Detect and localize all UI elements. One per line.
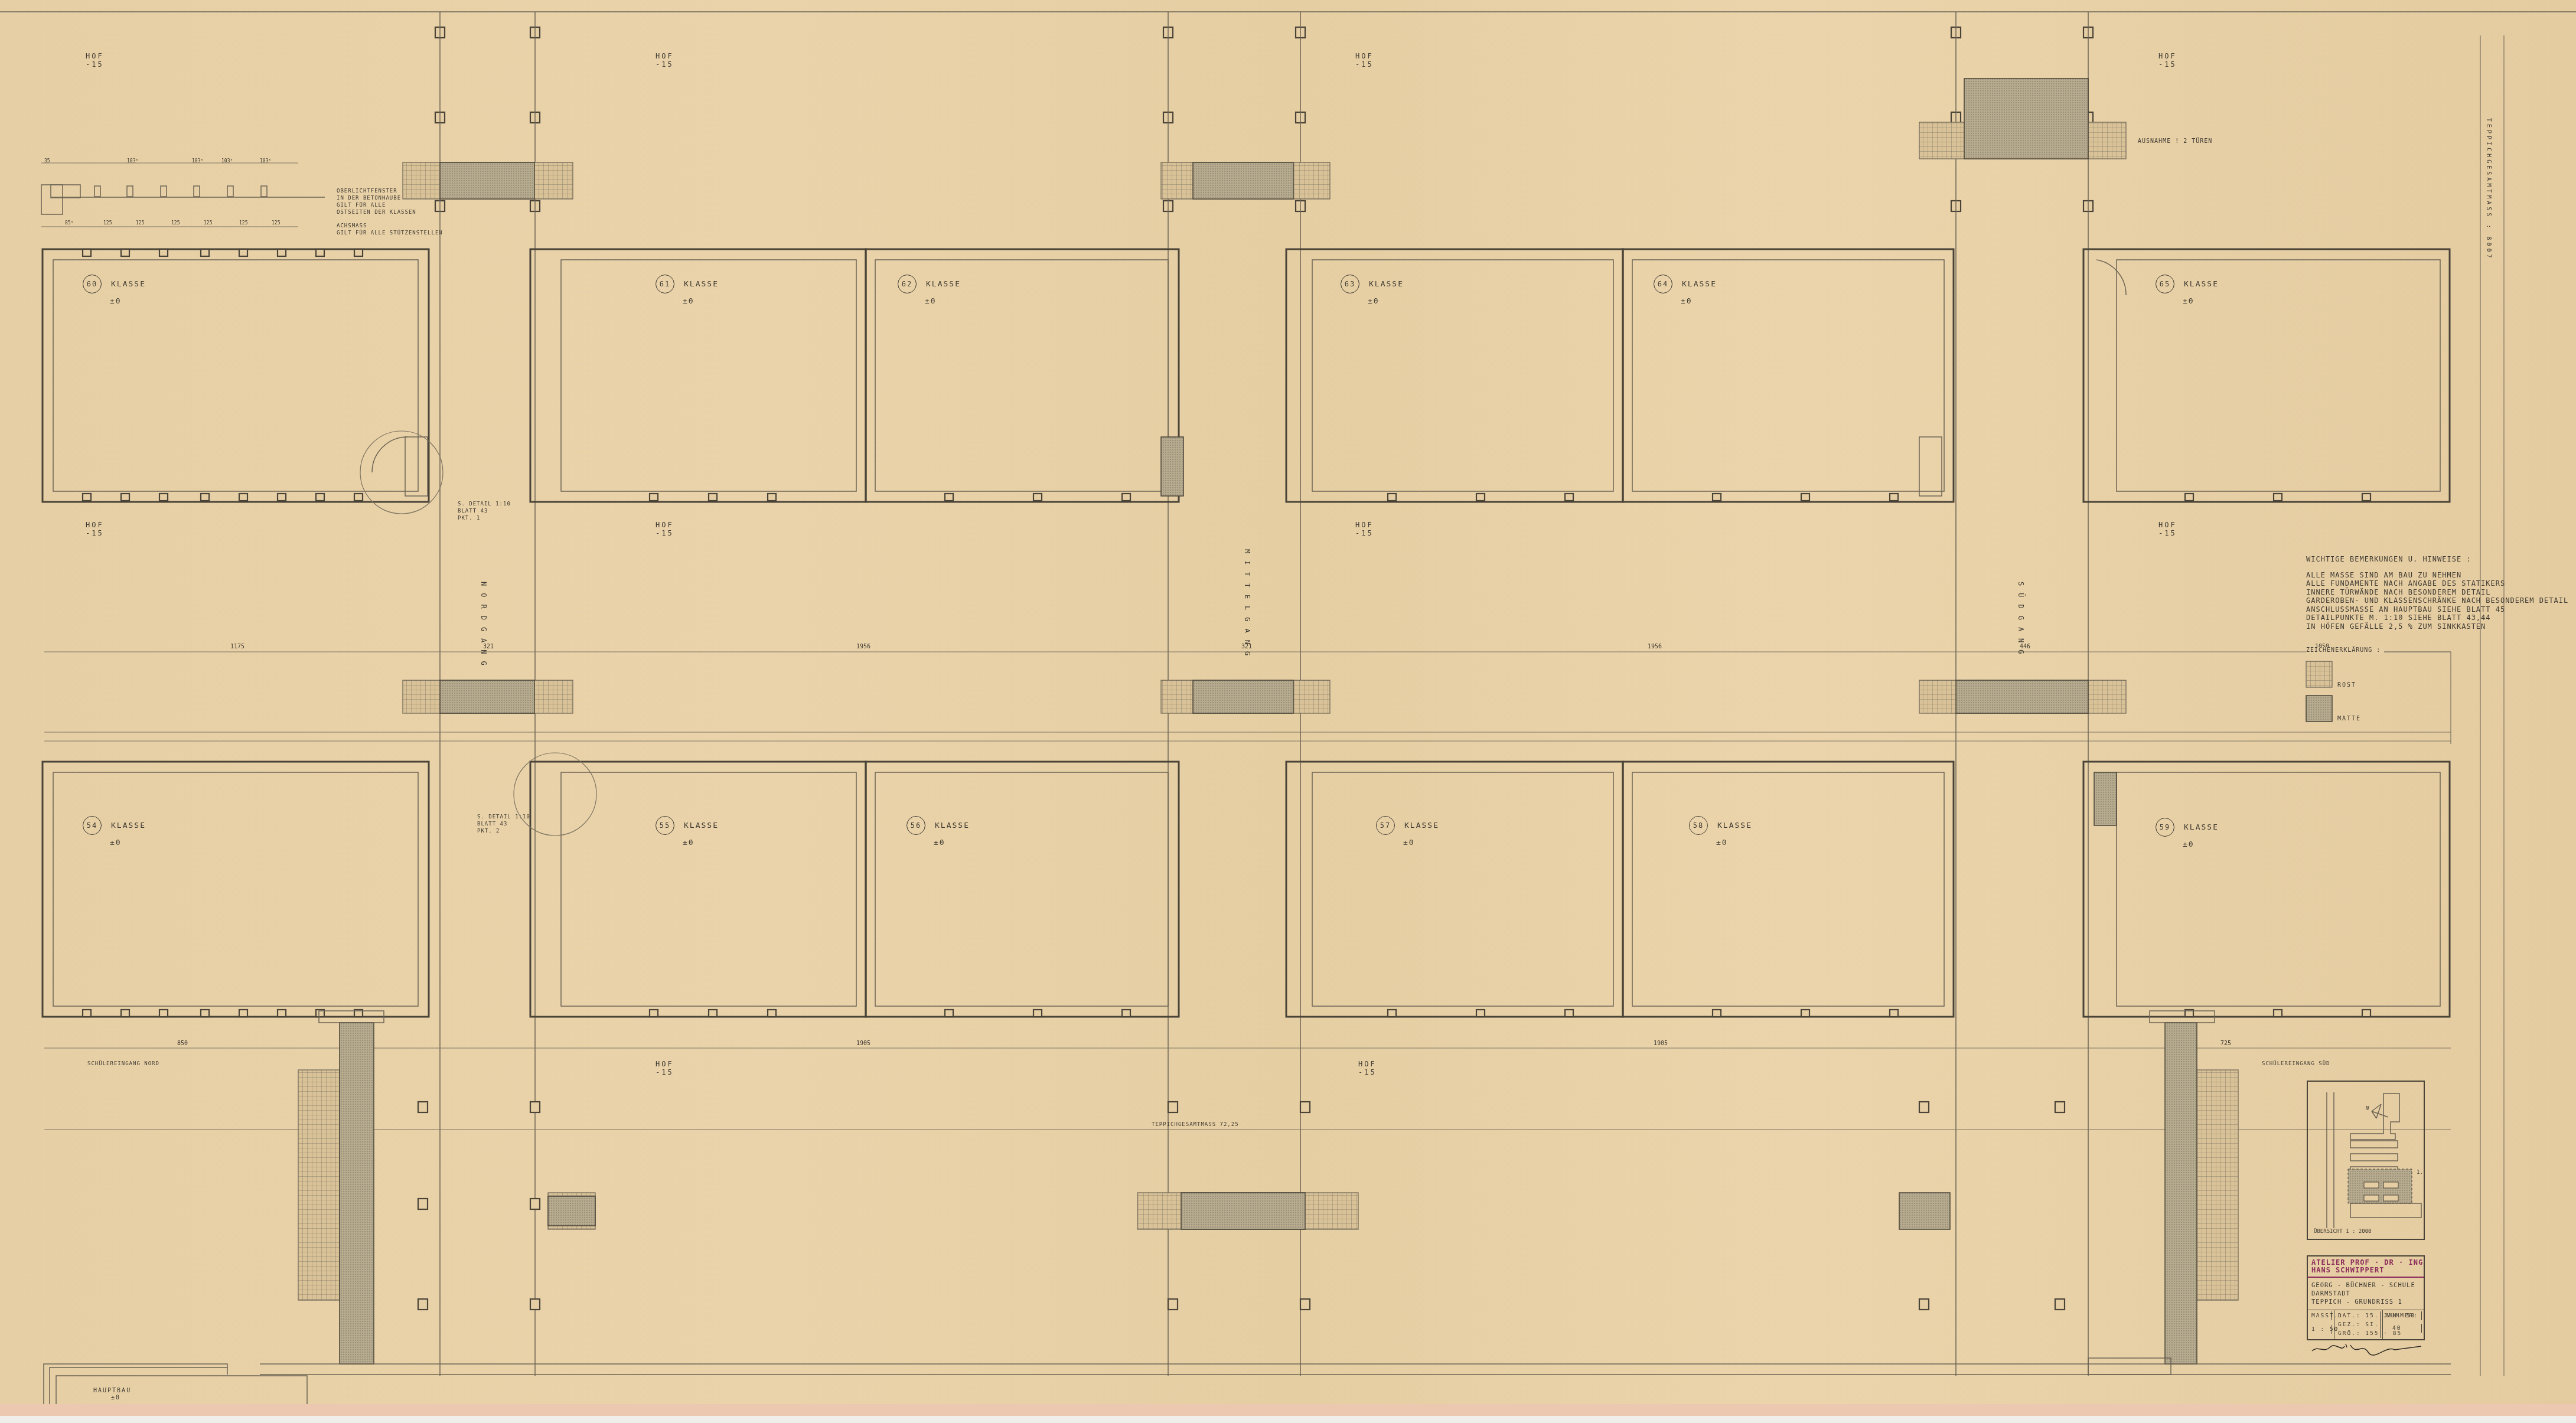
room-57: 57KLASSE±0 — [1376, 816, 1439, 847]
svg-text:103⁵: 103⁵ — [221, 158, 233, 164]
svg-text:125: 125 — [272, 220, 281, 226]
room-61: 61KLASSE±0 — [656, 275, 719, 306]
corridor-nordgang-label: NORDGANG — [480, 582, 488, 673]
main-building-label: HAUPTBAU±0 — [93, 1388, 131, 1402]
svg-text:850: 850 — [177, 1040, 188, 1047]
svg-text:125: 125 — [171, 220, 180, 226]
mat-bottom-nordgang-inner — [548, 1196, 595, 1226]
entrance-north-stairs — [298, 1011, 384, 1364]
entrance-north-label: SCHÜLEREINGANG NORD — [87, 1061, 159, 1067]
legend-rost-label: ROST — [2337, 682, 2356, 688]
courtyard-label: HOF-15 — [656, 1060, 674, 1076]
mat-middle-mittelgang — [1161, 680, 1330, 713]
carpet-total-horizontal: TEPPICHGESAMTMASS 72,25 — [1152, 1122, 1239, 1128]
corridor-mittelgang-label: MITTELGANG — [1243, 549, 1251, 662]
legend-heading: ZEICHENERKLÄRUNG : — [2306, 647, 2384, 654]
svg-text:103⁵: 103⁵ — [260, 158, 271, 164]
svg-text:725: 725 — [2220, 1040, 2231, 1047]
svg-text:1905: 1905 — [856, 1040, 870, 1047]
svg-text:125: 125 — [239, 220, 248, 226]
bottom-dimension-line: 850 1905 1905 725 — [44, 1040, 2451, 1130]
room-59: 59KLASSE±0 — [2156, 818, 2219, 849]
legend-rost-swatch — [2306, 661, 2332, 687]
courtyard-label: HOF-15 — [1355, 521, 1374, 537]
svg-text:35: 35 — [44, 158, 50, 164]
svg-text:103⁵: 103⁵ — [127, 158, 138, 164]
detail-reference-1: S. DETAIL 1:10BLATT 43PKT. 1 — [458, 501, 511, 522]
mat-top-nordgang — [403, 162, 573, 199]
courtyard-label: HOF-15 — [86, 521, 104, 537]
dimension-strip — [44, 732, 2451, 741]
legend-matte-label: MATTE — [2337, 716, 2361, 722]
project-info: GEORG - BÜCHNER - SCHULE DARMSTADT TEPPI… — [2308, 1278, 2424, 1310]
notes-block: WICHTIGE BEMERKUNGEN U. HINWEISE : ALLE … — [2306, 555, 2568, 631]
mat-bottom-mittelgang-inner — [1181, 1193, 1305, 1229]
svg-text:1956: 1956 — [856, 644, 870, 650]
room-63: 63KLASSE±0 — [1341, 275, 1404, 306]
courtyard-label: HOF-15 — [1355, 52, 1374, 68]
svg-text:1905: 1905 — [1654, 1040, 1668, 1047]
corridor-suedgang-label: SÜDGANG — [2017, 582, 2025, 661]
mat-top-suedgang — [1919, 79, 2126, 159]
svg-text:125: 125 — [136, 220, 145, 226]
courtyard-label: HOF-15 — [656, 521, 674, 537]
exception-note: AUSNAHME ! 2 TÜREN — [2138, 138, 2212, 145]
axis-note: ACHSMASSGILT FÜR ALLE STÜTZENSTELLEN — [337, 223, 443, 237]
svg-text:1956: 1956 — [1648, 644, 1662, 650]
courtyard-label: HOF-15 — [86, 52, 104, 68]
entrance-south-label: SCHÜLEREINGANG SÜD — [2262, 1061, 2330, 1067]
carpet-total-vertical: TEPPICHGESAMTMASS : 8007 — [2485, 118, 2492, 260]
mat-middle-nordgang — [403, 680, 573, 713]
svg-text:103⁵: 103⁵ — [192, 158, 203, 164]
room-54: 54KLASSE±0 — [83, 816, 146, 847]
room-56: 56KLASSE±0 — [907, 816, 970, 847]
courtyard-label: HOF-15 — [656, 52, 674, 68]
room-58: 58KLASSE±0 — [1689, 816, 1752, 847]
mat-top-mittelgang — [1161, 162, 1330, 199]
courtyard-label: HOF-15 — [1358, 1060, 1377, 1076]
overview-map-frame — [2307, 1081, 2425, 1240]
svg-text:125: 125 — [103, 220, 112, 226]
detail-reference-2: S. DETAIL 1:10BLATT 43PKT. 2 — [477, 814, 530, 835]
svg-text:1175: 1175 — [230, 644, 244, 650]
drawing-metadata: MASST.:1 : 50 DAT.: 15. JAN. 58 GEZ.: SI… — [2308, 1310, 2424, 1339]
main-building-outline — [44, 1358, 2451, 1404]
atelier-name: ATELIER PROF · DR · ING HANS SCHWIPPERT — [2308, 1256, 2424, 1278]
entrance-south-stairs — [2150, 1011, 2238, 1364]
courtyard-label: HOF-15 — [2158, 521, 2177, 537]
signature — [2309, 1340, 2427, 1358]
skylight-note: OBERLICHTFENSTERIN DER BETONHAUBEGILT FÜ… — [337, 188, 416, 216]
mat-bottom-suedgang — [1899, 1193, 1950, 1229]
room-65: 65KLASSE±0 — [2156, 275, 2219, 306]
room-64: 64KLASSE±0 — [1654, 275, 1717, 306]
room-60: 60KLASSE±0 — [83, 275, 146, 306]
legend-matte-swatch — [2306, 696, 2332, 722]
title-block: ATELIER PROF · DR · ING HANS SCHWIPPERT … — [2307, 1255, 2425, 1340]
room-62: 62KLASSE±0 — [898, 275, 961, 306]
courtyard-label: HOF-15 — [2158, 52, 2177, 68]
notes-heading: WICHTIGE BEMERKUNGEN U. HINWEISE : — [2306, 555, 2568, 564]
skylight-detail: 35 103⁵ 103⁵ 103⁵ 103⁵ 85⁵ 125 125 125 1… — [41, 158, 325, 227]
svg-text:125: 125 — [204, 220, 213, 226]
room-55: 55KLASSE±0 — [656, 816, 719, 847]
mat-middle-suedgang — [1919, 680, 2126, 713]
svg-text:85⁵: 85⁵ — [65, 220, 73, 226]
